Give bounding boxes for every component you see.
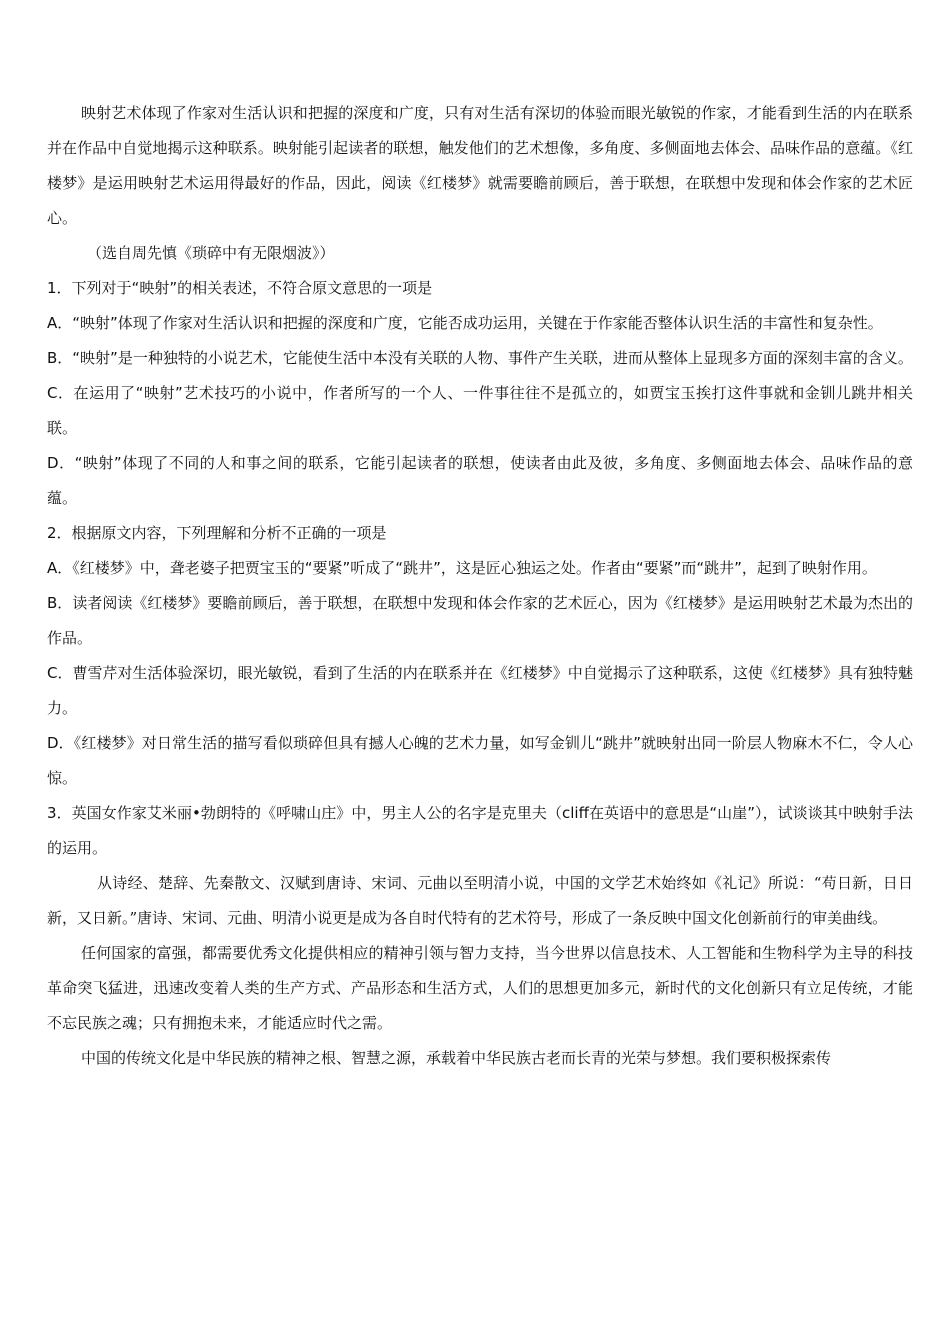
- option-d: D．“映射”体现了不同的人和事之间的联系，它能引起读者的联想，使读者由此及彼，多…: [47, 446, 913, 516]
- option-b: B．“映射”是一种独特的小说艺术，它能使生活中本没有关联的人物、事件产生关联，进…: [47, 341, 913, 376]
- passage2-paragraph-2: 任何国家的富强，都需要优秀文化提供相应的精神引领与智力支持，当今世界以信息技术、…: [47, 936, 913, 1041]
- option-c: C．在运用了“映射”艺术技巧的小说中，作者所写的一个人、一件事往往不是孤立的，如…: [47, 376, 913, 446]
- question-1: 1．下列对于“映射”的相关表述，不符合原文意思的一项是 A．“映射”体现了作家对…: [47, 271, 913, 516]
- option-b: B．读者阅读《红楼梦》要瞻前顾后，善于联想，在联想中发现和体会作家的艺术匠心，因…: [47, 586, 913, 656]
- question-2: 2．根据原文内容，下列理解和分析不正确的一项是 A．《红楼梦》中，聋老婆子把贾宝…: [47, 516, 913, 796]
- option-a: A．《红楼梦》中，聋老婆子把贾宝玉的“要紧”听成了“跳井”，这是匠心独运之处。作…: [47, 551, 913, 586]
- question-stem: 3．英国女作家艾米丽•勃朗特的《呼啸山庄》中，男主人公的名字是克里夫（cliff…: [47, 796, 913, 866]
- passage2-paragraph-1: 从诗经、楚辞、先秦散文、汉赋到唐诗、宋词、元曲以至明清小说，中国的文学艺术始终如…: [47, 866, 913, 936]
- passage2-paragraph-3: 中国的传统文化是中华民族的精神之根、智慧之源，承载着中华民族古老而长青的光荣与梦…: [47, 1041, 913, 1076]
- passage1-paragraph: 映射艺术体现了作家对生活认识和把握的深度和广度，只有对生活有深切的体验而眼光敏锐…: [47, 96, 913, 236]
- option-d: D．《红楼梦》对日常生活的描写看似琐碎但具有撼人心魄的艺术力量，如写金钏儿“跳井…: [47, 726, 913, 796]
- question-stem: 2．根据原文内容，下列理解和分析不正确的一项是: [47, 516, 913, 551]
- document-page: 映射艺术体现了作家对生活认识和把握的深度和广度，只有对生活有深切的体验而眼光敏锐…: [47, 96, 913, 1076]
- question-stem: 1．下列对于“映射”的相关表述，不符合原文意思的一项是: [47, 271, 913, 306]
- passage1-source: （选自周先慎《琐碎中有无限烟波》）: [47, 236, 913, 271]
- question-3: 3．英国女作家艾米丽•勃朗特的《呼啸山庄》中，男主人公的名字是克里夫（cliff…: [47, 796, 913, 866]
- option-c: C．曹雪芹对生活体验深切，眼光敏锐，看到了生活的内在联系并在《红楼梦》中自觉揭示…: [47, 656, 913, 726]
- option-a: A．“映射”体现了作家对生活认识和把握的深度和广度，它能否成功运用，关键在于作家…: [47, 306, 913, 341]
